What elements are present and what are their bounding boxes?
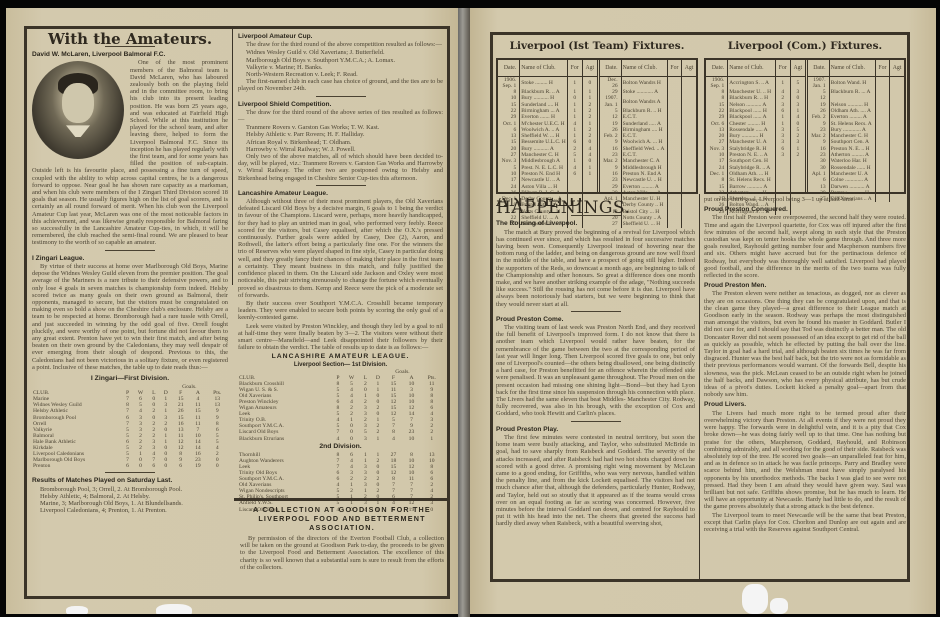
table-cell: 1907. Jan. 1 [808, 76, 829, 89]
mclaren-heading: David W. McLaren, Liverpool Balmoral F.C… [32, 51, 228, 58]
collection-heading: A COLLECTION AT GOODISON FOR THE LIVERPO… [240, 505, 444, 532]
anfield-column-1: ANFIELD HAPPENINGS. The Rousing of Liver… [496, 198, 695, 578]
section-rule [316, 185, 366, 186]
fixture-row: 1906. Sep. 1Stoke ......... H10 [498, 76, 597, 89]
table-cell: Newcastle U. .. H [621, 177, 667, 183]
come-body: The visiting team of last week was Prest… [496, 324, 695, 418]
col-club: Name of Club. [728, 60, 776, 76]
section-rule [105, 472, 155, 473]
col-date: Date. [600, 60, 621, 76]
combination-fixtures: Date. Name of Club. For Agt 1906. Sep. 1… [704, 58, 906, 194]
livers-body: The Livers had much more right to be ter… [704, 410, 906, 511]
table-cell: M'chester U.E.C. H [520, 121, 568, 127]
col-for: For [875, 60, 889, 76]
paper-tear [156, 604, 192, 614]
first-division-rows: Blackburn Crosshill8521151011Wigan U. S.… [238, 381, 443, 442]
section-rule [571, 421, 621, 422]
paper-tear [66, 606, 88, 614]
draw-line: North-Western Recreation v. Leek; F. Rea… [238, 71, 443, 78]
col-agt: Agt [890, 60, 904, 76]
table-cell: 6 [122, 463, 133, 469]
lancashire-table-caption: LANCASHIRE AMATEUR LEAGUE. [238, 352, 443, 362]
column-divider [699, 194, 700, 580]
come-heading: Proud Preston Come. [496, 316, 695, 323]
table-cell: Woolwich A. ... H [621, 139, 667, 145]
table-cell [667, 95, 681, 108]
table-cell: 1907. Jan. 1 [600, 95, 621, 108]
table-cell: St. Helens Recs. A [829, 121, 875, 127]
result-line: Liverpool Caledonians, 4; Prenton, 1. At… [32, 507, 228, 514]
col-date: Date. [808, 60, 829, 76]
table-cell: Mar. 2 [600, 158, 621, 164]
table-cell: Prenton [32, 463, 122, 469]
amateurs-column: With the Amateurs. David W. McLaren, Liv… [32, 30, 228, 595]
collection-text-wrap: By permission of the directors of the Ev… [240, 535, 444, 571]
table-cell: 1 [567, 76, 582, 89]
fixture-table: Date. Name of Club. For Agt 1906. Sep. 1… [706, 60, 805, 215]
fixture-table: Date. Name of Club. For Agt 1907. Jan. 1… [808, 60, 904, 202]
table-cell [682, 95, 696, 108]
table-cell: Bolton Wandrs H [621, 76, 667, 89]
amateur-cup-heading: Liverpool Amateur Cup. [238, 33, 443, 40]
binding-spine [458, 8, 470, 617]
zingari-heading: I Zingari League. [32, 255, 228, 262]
livers-heading: Proud Livers. [704, 401, 906, 408]
section-rule [571, 311, 621, 312]
result-line: Bromborough Pool, 3; Orrell, 2. At Bromb… [32, 486, 228, 493]
result-line: Marine, 3; Marlborough Old Boys, 1. At B… [32, 500, 228, 507]
table-cell: St. Helens Recs. H [728, 177, 776, 183]
first-team-fixtures: Date. Name of Club. For Agt 1906. Sep. 1… [496, 58, 698, 194]
table-cell: Bolton Wand. H [829, 76, 875, 89]
shield-heading: Liverpool Shield Competition. [238, 101, 443, 108]
anfield-title: ANFIELD HAPPENINGS. [496, 198, 695, 212]
table-cell: 6 [172, 463, 189, 469]
table-row: Prenton60606190 [32, 463, 228, 469]
table-cell: 0 [159, 463, 172, 469]
zingari-table-caption: I Zingari—First Division. [32, 374, 228, 384]
section-rule [316, 96, 366, 97]
left-page: With the Amateurs. David W. McLaren, Liv… [6, 8, 458, 614]
zingari-rows: Marine760115413Widnes Wesley Guild850321… [32, 396, 228, 469]
col-agt: Agt [682, 60, 696, 76]
mclaren-portrait-photo [32, 61, 124, 159]
amateur-cup-intro: The draw for the third round of the abov… [238, 41, 443, 48]
play-body: The first few minutes were contested in … [496, 434, 695, 528]
lancashire-section2-caption: 2nd Division. [238, 442, 443, 452]
rousing-body: The match at Bury proved the beginning o… [496, 229, 695, 308]
results-heading: Results of Matches Played on Saturday La… [32, 477, 228, 484]
combination-title: Liverpool (Com.) Fixtures. [702, 40, 908, 52]
col-for: For [567, 60, 582, 76]
table-cell: Darwen ........... A [829, 184, 875, 190]
result-line: Helsby Athletic, 4; Balmoral, 2. At Hels… [32, 493, 228, 500]
collection-notice: A COLLECTION AT GOODISON FOR THE LIVERPO… [234, 498, 450, 599]
conquered-heading: Proud Preston Conquered. [704, 206, 906, 213]
fixture-header-row: Date. Name of Club. For Agt [706, 60, 805, 76]
lancashire-body: By their success over Southport Y.M.C.A.… [238, 300, 443, 322]
fixture-row: Dec. 26Bolton Wandrs H [600, 76, 696, 89]
continuation-text: put on the third goal, Liverpool being 3… [704, 196, 906, 203]
fixture-row: 1907. Jan. 1Bolton Wand. H [808, 76, 904, 89]
table-cell: Stoke ......... H [520, 76, 568, 89]
draw-line: Harrowby v. Wirral Railway; W. J. Powell… [238, 146, 443, 153]
cups-column: Liverpool Amateur Cup. The draw for the … [238, 30, 443, 500]
table-cell [875, 76, 889, 89]
livers-closing: The Liverpool team to meet Newcastle wil… [704, 512, 906, 534]
shield-intro: The draw for the third round of the abov… [238, 109, 443, 123]
lancashire-heading: Lancashire Amateur League. [238, 190, 443, 197]
first-team-title: Liverpool (Ist Team) Fixtures. [494, 40, 700, 52]
lancashire-body: Leek were visited by Preston Winckley, a… [238, 323, 443, 352]
shield-draw: Tranmere Rovers v. Garston Gas Works; T.… [238, 124, 443, 153]
rousing-heading: The Rousing of Liverpool. [496, 220, 695, 227]
draw-line: Helsby Athletic v. Parr Rovers; H. F. Ha… [238, 131, 443, 138]
table-cell: Sunderland ..... A [621, 121, 667, 127]
table-cell: 5 [790, 76, 805, 89]
amateur-cup-draw: Widnes Wesley Guild v. Old Xaverians; J.… [238, 49, 443, 78]
play-heading: Proud Preston Play. [496, 426, 695, 433]
table-cell: 19 [189, 463, 206, 469]
col-for: For [775, 60, 790, 76]
table-cell: Mar. 2 [808, 133, 829, 139]
amateurs-title: With the Amateurs. [32, 36, 228, 43]
table-cell: 0 [133, 463, 148, 469]
table-cell: 6 [148, 463, 159, 469]
fixture-rows: 1907. Jan. 1Bolton Wand. H5Blackburn R. … [808, 76, 904, 202]
paper-tear [742, 584, 768, 614]
column-divider [232, 29, 233, 285]
lancashire-table: LANCASHIRE AMATEUR LEAGUE. Liverpool Sec… [238, 352, 443, 512]
conquered-body: The first half Preston were overpowered,… [704, 214, 906, 279]
fixture-row: 1906. Sep. 1Accrington S. .. A15 [706, 76, 805, 89]
anfield-column-2: put on the third goal, Liverpool being 3… [704, 196, 906, 578]
fixture-rows: 1906. Sep. 1Accrington S. .. A158Manches… [706, 76, 805, 215]
col-club: Name of Club. [621, 60, 667, 76]
table-cell: 1906. Sep. 1 [498, 76, 520, 89]
draw-line: Marlborough Old Boys v. Southport Y.M.C.… [238, 57, 443, 64]
col-for: For [667, 60, 681, 76]
paper-tear [770, 598, 788, 614]
lancashire-body: Although without three of their most pro… [238, 198, 443, 299]
table-cell [667, 76, 681, 89]
collection-body: By permission of the directors of the Ev… [240, 535, 444, 571]
draw-line: Widnes Wesley Guild v. Old Xaverians; J.… [238, 49, 443, 56]
table-cell: 0 [207, 463, 229, 469]
section-rule [105, 250, 155, 251]
right-page: Liverpool (Ist Team) Fixtures. Date. Nam… [470, 8, 936, 614]
col-date: Date. [706, 60, 728, 76]
table-cell [682, 76, 696, 89]
men-body: The Preston eleven were neither as tenac… [704, 290, 906, 398]
fixture-column-autumn: Date. Name of Club. For Agt 1906. Sep. 1… [498, 60, 597, 192]
draw-line: Tranmere Rovers v. Garston Gas Works; T.… [238, 124, 443, 131]
zingari-table: I Zingari—First Division. Goals. CLUB. P… [32, 374, 228, 469]
results-list: Bromborough Pool, 3; Orrell, 2. At Bromb… [32, 486, 228, 515]
col-agt: Agt [790, 60, 805, 76]
table-cell: Bessemite U.L.C. H [520, 139, 568, 145]
table-cell: Dec. 26 [600, 76, 621, 89]
fixture-header-row: Date. Name of Club. For Agt [498, 60, 597, 76]
col-club: Name of Club. [520, 60, 568, 76]
shield-outro: Only two of the above matches, all of wh… [238, 153, 443, 182]
table-cell: 0 [582, 76, 597, 89]
fixture-header-row: Date. Name of Club. For Agt [600, 60, 696, 76]
men-heading: Proud Preston Men. [704, 282, 906, 289]
fixture-column-spring: Date. Name of Club. For Agt Dec. 26Bolto… [597, 60, 696, 192]
table-cell: Southport Cen. A [829, 139, 875, 145]
amateur-cup-outro: The first-named club in each case has ch… [238, 78, 443, 92]
col-agt: Agt [582, 60, 597, 76]
table-cell: Accrington S. .. A [728, 76, 776, 89]
table-cell: 1 [775, 76, 790, 89]
table-cell: 1906. Sep. 1 [706, 76, 728, 89]
fixture-header-row: Date. Name of Club. For Agt [808, 60, 904, 76]
draw-line: African Royal v. Birkenhead; T. Oldham. [238, 139, 443, 146]
col-club: Name of Club. [829, 60, 875, 76]
table-cell [890, 76, 904, 89]
draw-line: Valkyrie v. Marine; H. Banks. [238, 64, 443, 71]
fixture-column-spring: Date. Name of Club. For Agt 1907. Jan. 1… [805, 60, 904, 192]
fixture-column-autumn: Date. Name of Club. For Agt 1906. Sep. 1… [706, 60, 805, 192]
fixture-row: 1907. Jan. 1Bolton Wandrs A [600, 95, 696, 108]
table-cell: Blackburn R. ... A [829, 89, 875, 95]
col-date: Date. [498, 60, 520, 76]
table-cell: Bolton Wandrs A [621, 95, 667, 108]
zingari-body: By virtue of their success at home over … [32, 263, 228, 371]
